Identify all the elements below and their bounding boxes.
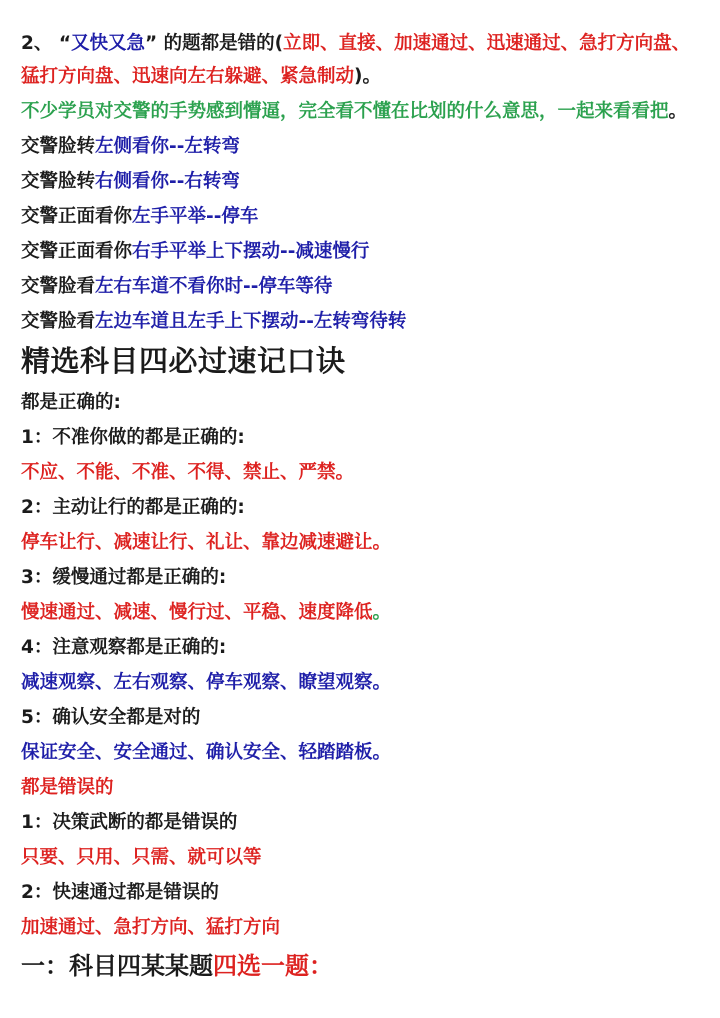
text-segment-black: 2、 “: [21, 33, 71, 54]
correct-rule-2-title: 2：主动让行的都是正确的:: [21, 491, 702, 524]
text-segment-red: 都是错误的: [21, 777, 114, 798]
text-segment-black: )。: [354, 66, 381, 87]
correct-rule-4-title: 4：注意观察都是正确的:: [21, 631, 702, 664]
text-segment-black: ” 的题都是错的(: [145, 33, 283, 54]
correct-rule-5-title: 5：确认安全都是对的: [21, 701, 702, 734]
text-segment-black: 2：快速通过都是错误的: [21, 882, 219, 903]
text-segment-blue: 左手平举--停车: [132, 206, 258, 227]
correct-rule-1-keywords: 不应、不能、不准、不得、禁止、严禁。: [21, 456, 702, 489]
section-heading: 精选科目四必过速记口诀: [21, 340, 702, 382]
text-segment-red: 加速通过、急打方向、猛打方向: [21, 917, 280, 938]
correct-rule-3-keywords: 慢速通过、减速、慢行过、平稳、速度降低。: [21, 596, 702, 629]
correct-rule-4-keywords: 减速观察、左右观察、停车观察、瞭望观察。: [21, 666, 702, 699]
gesture-rule-left-turn: 交警脸转左侧看你--左转弯: [21, 130, 702, 163]
text-segment-blue: 左边车道且左手上下摆动--左转弯待转: [95, 311, 406, 332]
text-segment-black: 交警脸看: [21, 311, 95, 332]
gesture-rule-stop-wait: 交警脸看左右车道不看你时--停车等待: [21, 270, 702, 303]
correct-rule-5-keywords: 保证安全、安全通过、确认安全、轻踏踏板。: [21, 736, 702, 769]
text-segment-blue: 左侧看你--左转弯: [95, 136, 240, 157]
next-section-title: 一：科目四某某题四选一题：: [21, 946, 702, 986]
text-segment-green: 不少学员对交警的手势感到懵逼，完全看不懂在比划的什么意思，一起来看看把: [21, 101, 669, 122]
wrong-rule-1-title: 1：决策武断的都是错误的: [21, 806, 702, 839]
police-gesture-intro: 不少学员对交警的手势感到懵逼，完全看不懂在比划的什么意思，一起来看看把。: [21, 95, 702, 128]
text-segment-black: 2：主动让行的都是正确的:: [21, 497, 245, 518]
document-content: 2、 “又快又急” 的题都是错的(立即、直接、加速通过、迅速通过、急打方向盘、猛…: [21, 27, 702, 986]
document-page: 2、 “又快又急” 的题都是错的(立即、直接、加速通过、迅速通过、急打方向盘、猛…: [0, 0, 720, 1018]
text-segment-black: 交警脸看: [21, 276, 95, 297]
wrong-rule-2-title: 2：快速通过都是错误的: [21, 876, 702, 909]
correct-rule-1-title: 1：不准你做的都是正确的:: [21, 421, 702, 454]
correct-rule-2-keywords: 停车让行、减速让行、礼让、靠边减速避让。: [21, 526, 702, 559]
text-segment-black: 5：确认安全都是对的: [21, 707, 200, 728]
text-segment-blue: 右侧看你--右转弯: [95, 171, 240, 192]
gesture-rule-left-turn-wait: 交警脸看左边车道且左手上下摆动--左转弯待转: [21, 305, 702, 338]
gesture-rule-slow-down: 交警正面看你右手平举上下摆动--减速慢行: [21, 235, 702, 268]
correct-rule-3-title: 3：缓慢通过都是正确的:: [21, 561, 702, 594]
text-segment-red: 四选一题：: [213, 952, 333, 980]
text-segment-green: 。: [373, 602, 392, 623]
wrong-group-header: 都是错误的: [21, 771, 702, 804]
wrong-rule-1-keywords: 只要、只用、只需、就可以等: [21, 841, 702, 874]
wrong-rule-2-keywords: 加速通过、急打方向、猛打方向: [21, 911, 702, 944]
text-segment-red: 只要、只用、只需、就可以等: [21, 847, 262, 868]
text-segment-red: 慢速通过、减速、慢行过、平稳、速度降低: [21, 602, 373, 623]
text-segment-black: 一：科目四某某题: [21, 952, 213, 980]
rule-fast-urgent-wrong: 2、 “又快又急” 的题都是错的(立即、直接、加速通过、迅速通过、急打方向盘、猛…: [21, 27, 702, 93]
text-segment-black: 精选科目四必过速记口诀: [21, 344, 346, 378]
text-segment-black: 交警正面看你: [21, 241, 132, 262]
text-segment-black: 。: [669, 101, 688, 122]
text-segment-black: 1：不准你做的都是正确的:: [21, 427, 245, 448]
correct-group-header: 都是正确的:: [21, 386, 702, 419]
text-segment-black: 交警脸转: [21, 171, 95, 192]
gesture-rule-stop: 交警正面看你左手平举--停车: [21, 200, 702, 233]
text-segment-blue: 右手平举上下摆动--减速慢行: [132, 241, 369, 262]
text-segment-black: 1：决策武断的都是错误的: [21, 812, 237, 833]
text-segment-black: 4：注意观察都是正确的:: [21, 637, 226, 658]
text-segment-blue: 减速观察、左右观察、停车观察、瞭望观察。: [21, 672, 391, 693]
text-segment-black: 交警脸转: [21, 136, 95, 157]
text-segment-blue: 保证安全、安全通过、确认安全、轻踏踏板。: [21, 742, 391, 763]
text-segment-black: 交警正面看你: [21, 206, 132, 227]
gesture-rule-right-turn: 交警脸转右侧看你--右转弯: [21, 165, 702, 198]
text-segment-red: 停车让行、减速让行、礼让、靠边减速避让。: [21, 532, 391, 553]
text-segment-blue: 又快又急: [71, 33, 145, 54]
text-segment-black: 都是正确的:: [21, 392, 121, 413]
text-segment-blue: 左右车道不看你时--停车等待: [95, 276, 332, 297]
text-segment-black: 3：缓慢通过都是正确的:: [21, 567, 226, 588]
text-segment-red: 不应、不能、不准、不得、禁止、严禁。: [21, 462, 354, 483]
